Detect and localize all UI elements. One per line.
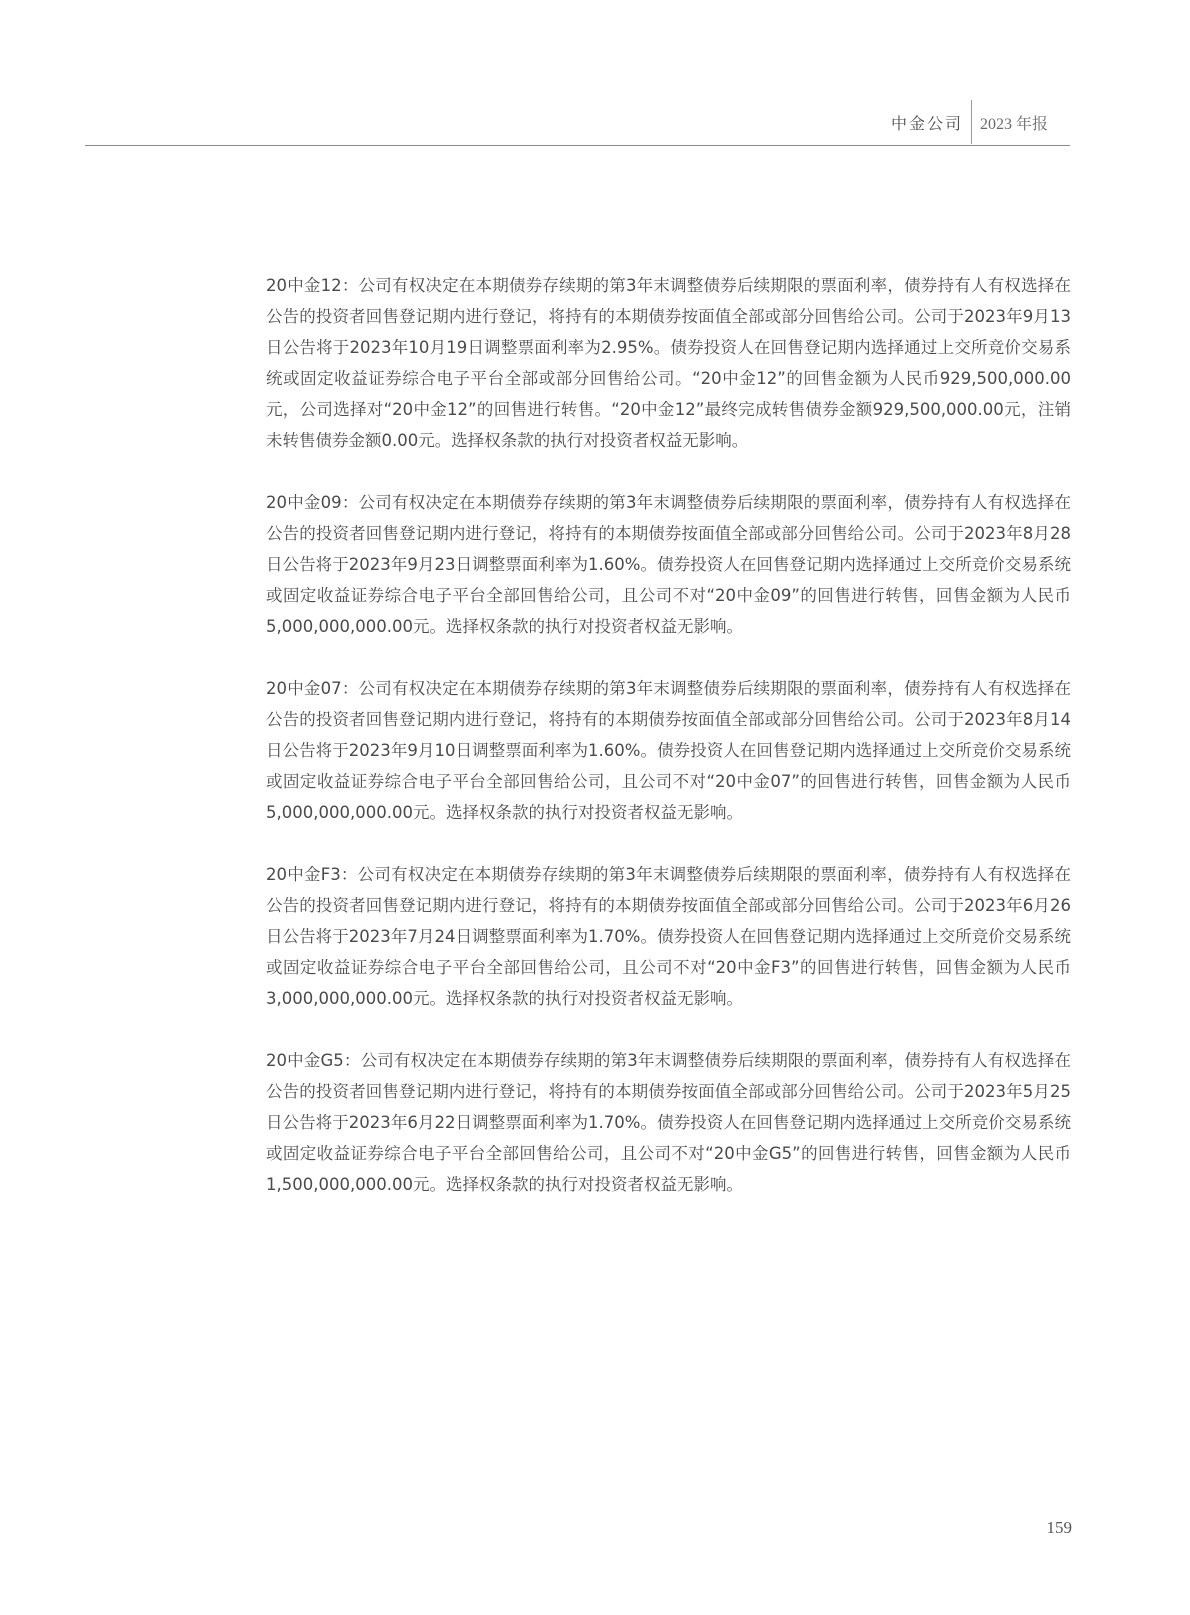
paragraph-20zhongjin07: 20中金07：公司有权决定在本期债券存续期的第3年末调整债券后续期限的票面利率，… (266, 673, 1071, 828)
header-rule (85, 145, 1070, 146)
paragraph-20zhongjinF3: 20中金F3：公司有权决定在本期债券存续期的第3年末调整债券后续期限的票面利率，… (266, 859, 1071, 1014)
page-number: 159 (1047, 1518, 1073, 1538)
paragraph-20zhongjin09: 20中金09：公司有权决定在本期债券存续期的第3年末调整债券后续期限的票面利率，… (266, 487, 1071, 642)
paragraph-20zhongjinG5: 20中金G5：公司有权决定在本期债券存续期的第3年末调整债券后续期限的票面利率，… (266, 1045, 1071, 1200)
company-name: 中金公司 (891, 111, 971, 134)
paragraph-20zhongjin12: 20中金12：公司有权决定在本期债券存续期的第3年末调整债券后续期限的票面利率，… (266, 270, 1071, 456)
report-title: 2023 年报 (972, 111, 1048, 134)
body-text: 20中金12：公司有权决定在本期债券存续期的第3年末调整债券后续期限的票面利率，… (266, 270, 1071, 1231)
running-header: 中金公司 2023 年报 (891, 100, 1048, 144)
